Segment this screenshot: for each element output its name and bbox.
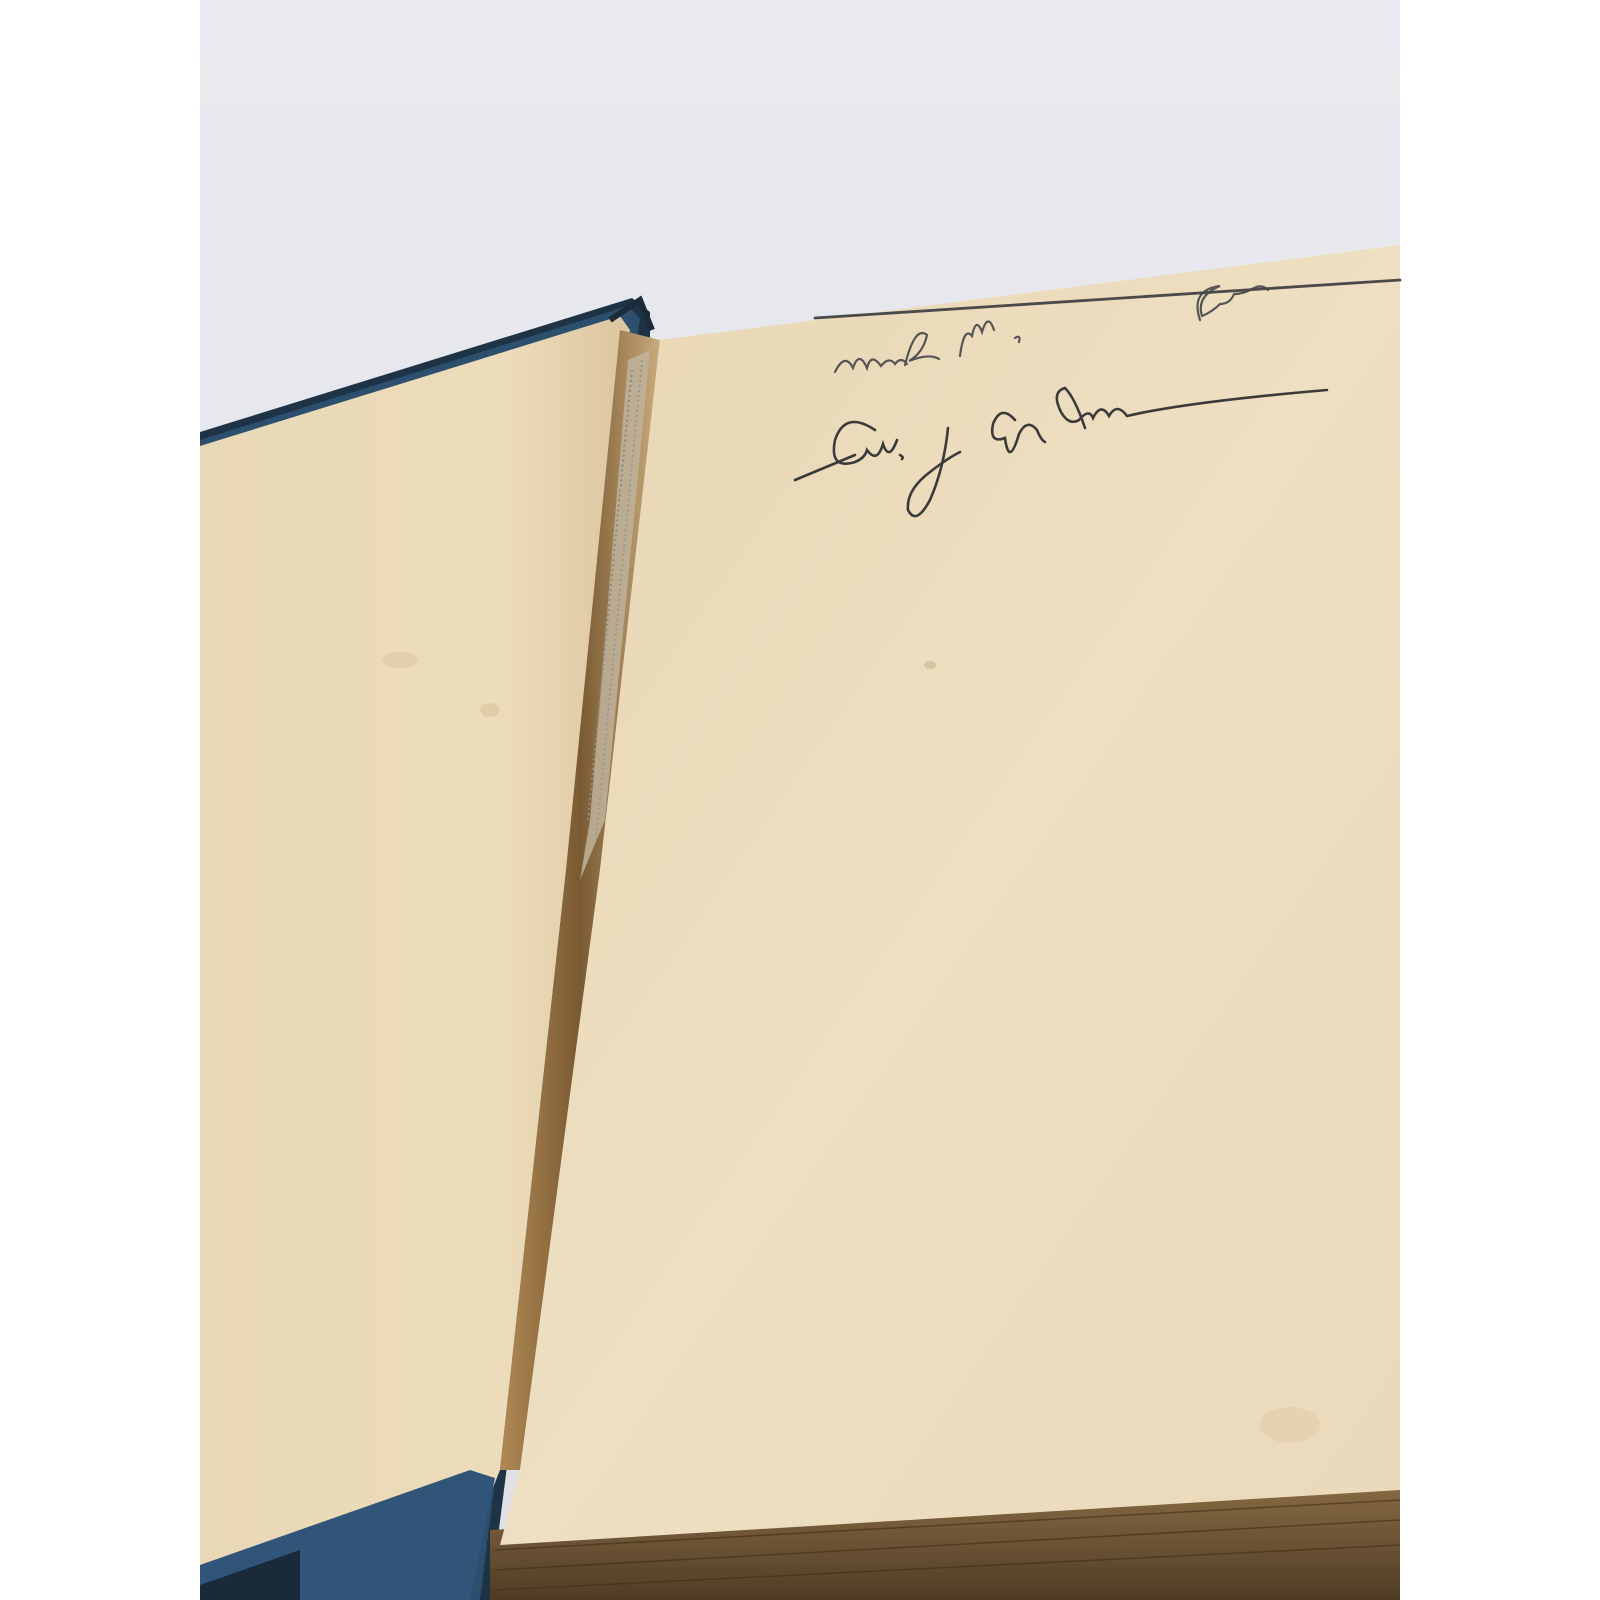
book-photo: Mrs. A. M. Gro Geo. J. Gordon: [0, 0, 1600, 1600]
book-illustration: [0, 0, 1600, 1600]
left-margin: [0, 0, 198, 1600]
signature-text: Geo. J. Gordon: [790, 400, 1340, 520]
struck-out-inscription-text: Mrs. A. M. Gro: [820, 320, 1320, 380]
right-margin: [1402, 0, 1600, 1600]
